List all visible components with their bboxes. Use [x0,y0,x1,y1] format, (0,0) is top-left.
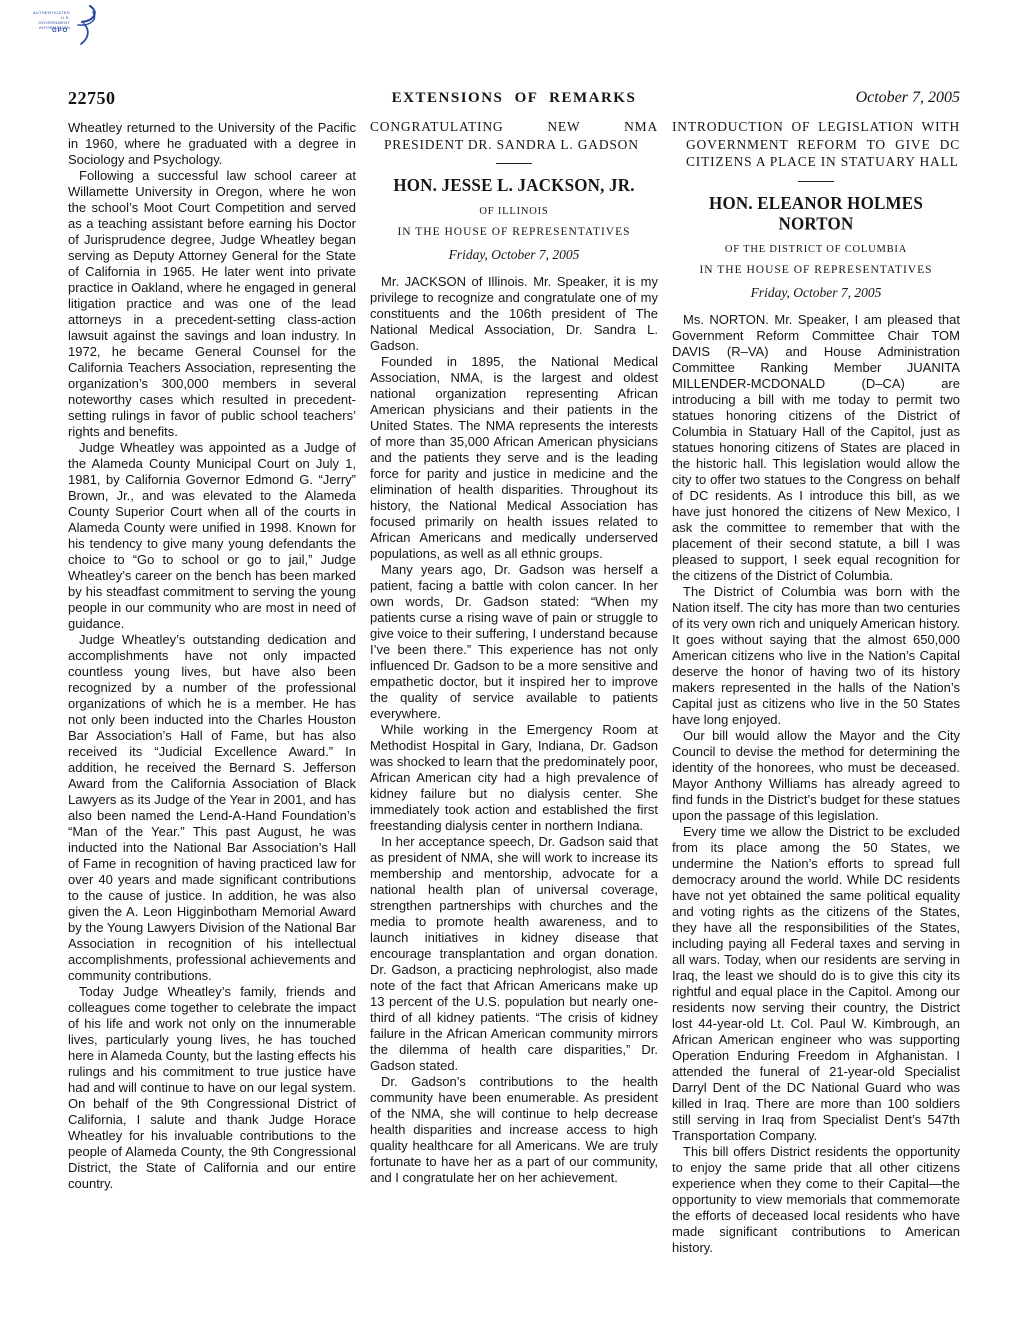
paragraph: Wheatley returned to the University of t… [68,120,356,168]
gpo-seal-text: AUTHENTICATED U.S. GOVERNMENT INFORMATIO… [30,10,70,30]
gpo-eagle-swoosh-icon [68,4,102,48]
text-columns: Wheatley returned to the University of t… [68,118,962,1280]
paragraph: In her acceptance speech, Dr. Gadson sai… [370,834,658,1074]
article-body: Mr. JACKSON of Illinois. Mr. Speaker, it… [370,274,658,1186]
paragraph: Many years ago, Dr. Gadson was herself a… [370,562,658,722]
paragraph: Founded in 1895, the National Medical As… [370,354,658,562]
column-nma-president: CONGRATULATING NEW NMA PRESIDENT DR. SAN… [370,118,658,1280]
paragraph: While working in the Emergency Room at M… [370,722,658,834]
paragraph: Judge Wheatley’s outstanding dedication … [68,632,356,984]
paragraph: Judge Wheatley was appointed as a Judge … [68,440,356,632]
section-divider [496,163,532,164]
gpo-seal-line: U.S. GOVERNMENT [30,15,70,25]
paragraph: Ms. NORTON. Mr. Speaker, I am pleased th… [672,312,960,584]
chamber-line: IN THE HOUSE OF REPRESENTATIVES [370,226,658,238]
paragraph: Mr. JACKSON of Illinois. Mr. Speaker, it… [370,274,658,354]
article-body: Ms. NORTON. Mr. Speaker, I am pleased th… [672,312,960,1256]
column-wheatley-tribute: Wheatley returned to the University of t… [68,120,356,1280]
gpo-authentication-seal: AUTHENTICATED U.S. GOVERNMENT INFORMATIO… [30,4,100,52]
paragraph: The District of Columbia was born with t… [672,584,960,728]
chamber-line: IN THE HOUSE OF REPRESENTATIVES [672,264,960,276]
page-date: October 7, 2005 [856,89,960,107]
speaker-state: OF ILLINOIS [370,206,658,217]
paragraph: Today Judge Wheatley’s family, friends a… [68,984,356,1192]
paragraph: Our bill would allow the Mayor and the C… [672,728,960,824]
congressional-record-page: AUTHENTICATED U.S. GOVERNMENT INFORMATIO… [0,0,1020,1320]
gpo-seal-label: GPO [52,28,68,34]
paragraph: Dr. Gadson’s contributions to the health… [370,1074,658,1186]
section-divider [798,181,834,182]
speaker-name: HON. ELEANOR HOLMES NORTON [672,193,960,235]
column-statuary-hall: INTRODUCTION OF LEGISLATION WITH GOVERNM… [672,118,960,1280]
article-title: CONGRATULATING NEW NMA PRESIDENT DR. SAN… [370,118,658,153]
sitting-date: Friday, October 7, 2005 [672,285,960,301]
speaker-name: HON. JESSE L. JACKSON, JR. [370,176,658,197]
speaker-state: OF THE DISTRICT OF COLUMBIA [672,244,960,255]
paragraph: Following a successful law school career… [68,168,356,440]
page-title: EXTENSIONS OF REMARKS [68,90,960,107]
article-title: INTRODUCTION OF LEGISLATION WITH GOVERNM… [672,118,960,171]
running-header: 22750 EXTENSIONS OF REMARKS October 7, 2… [68,88,960,112]
sitting-date: Friday, October 7, 2005 [370,247,658,263]
paragraph: Every time we allow the District to be e… [672,824,960,1144]
paragraph: This bill offers District residents the … [672,1144,960,1256]
